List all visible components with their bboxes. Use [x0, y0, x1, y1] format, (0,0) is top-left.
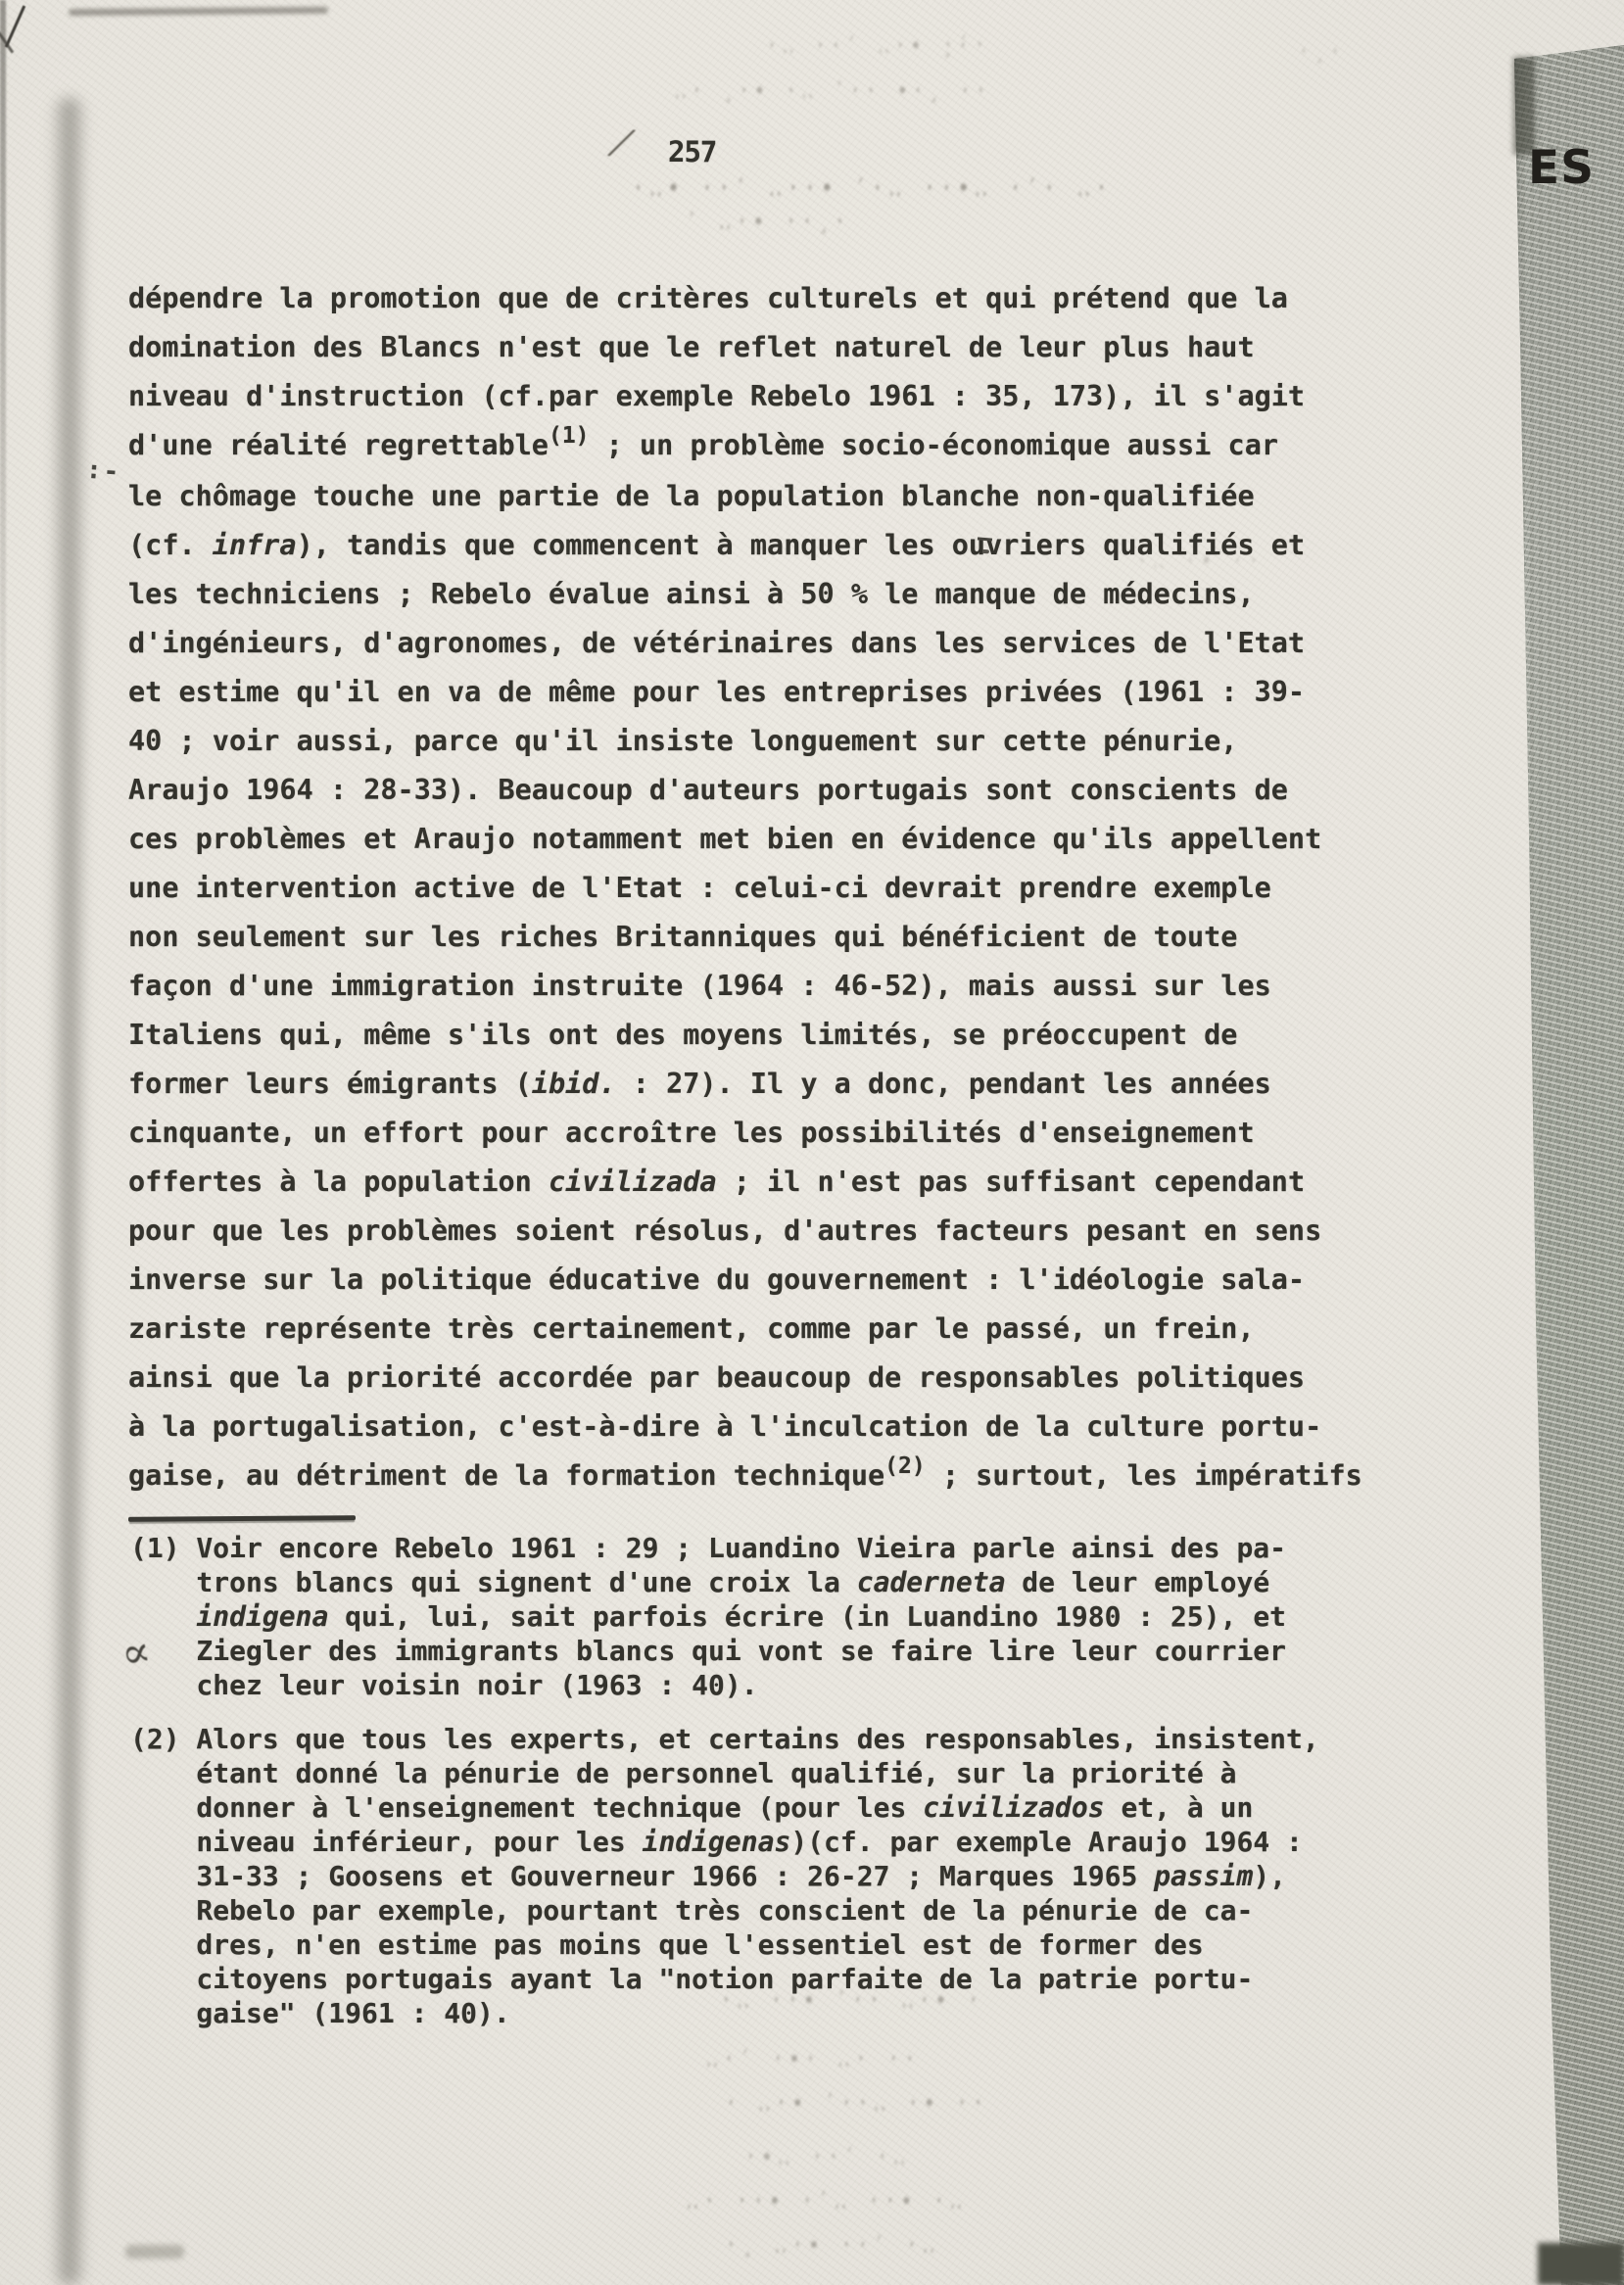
adjacent-page-edge: [1512, 45, 1624, 2285]
handwritten-corner-mark: ⁄: [602, 114, 639, 173]
scanned-page: ·‥ ··′ ‥·∙ ¸··′·‥· ¸·∙ ·‥ ′·· ∙·¸ ···¸··…: [0, 0, 1624, 2285]
body-text: dépendre la promotion que de critères cu…: [128, 274, 1362, 1502]
footnote-separator: [128, 1515, 356, 1522]
corner-pen-stroke: [5, 5, 25, 47]
footnote-1: (1) Voir encore Rebelo 1961 : 29 ; Luand…: [130, 1531, 1286, 1702]
bottom-left-smudge: [125, 2245, 184, 2259]
top-smudge-artifact: [69, 7, 328, 16]
page-number: 257: [668, 135, 716, 168]
edge-label: ES: [1528, 141, 1595, 195]
adjacent-page-edge-dark-bottom: [1538, 2243, 1624, 2285]
handwritten-margin-mark: :-: [85, 455, 121, 487]
left-page-edge: [0, 0, 6, 2285]
left-gutter-shadow: [51, 98, 86, 2285]
footnote-2: (2) Alors que tous les experts, et certa…: [130, 1722, 1319, 2030]
adjacent-page-edge-dark-top: [1513, 57, 1535, 155]
